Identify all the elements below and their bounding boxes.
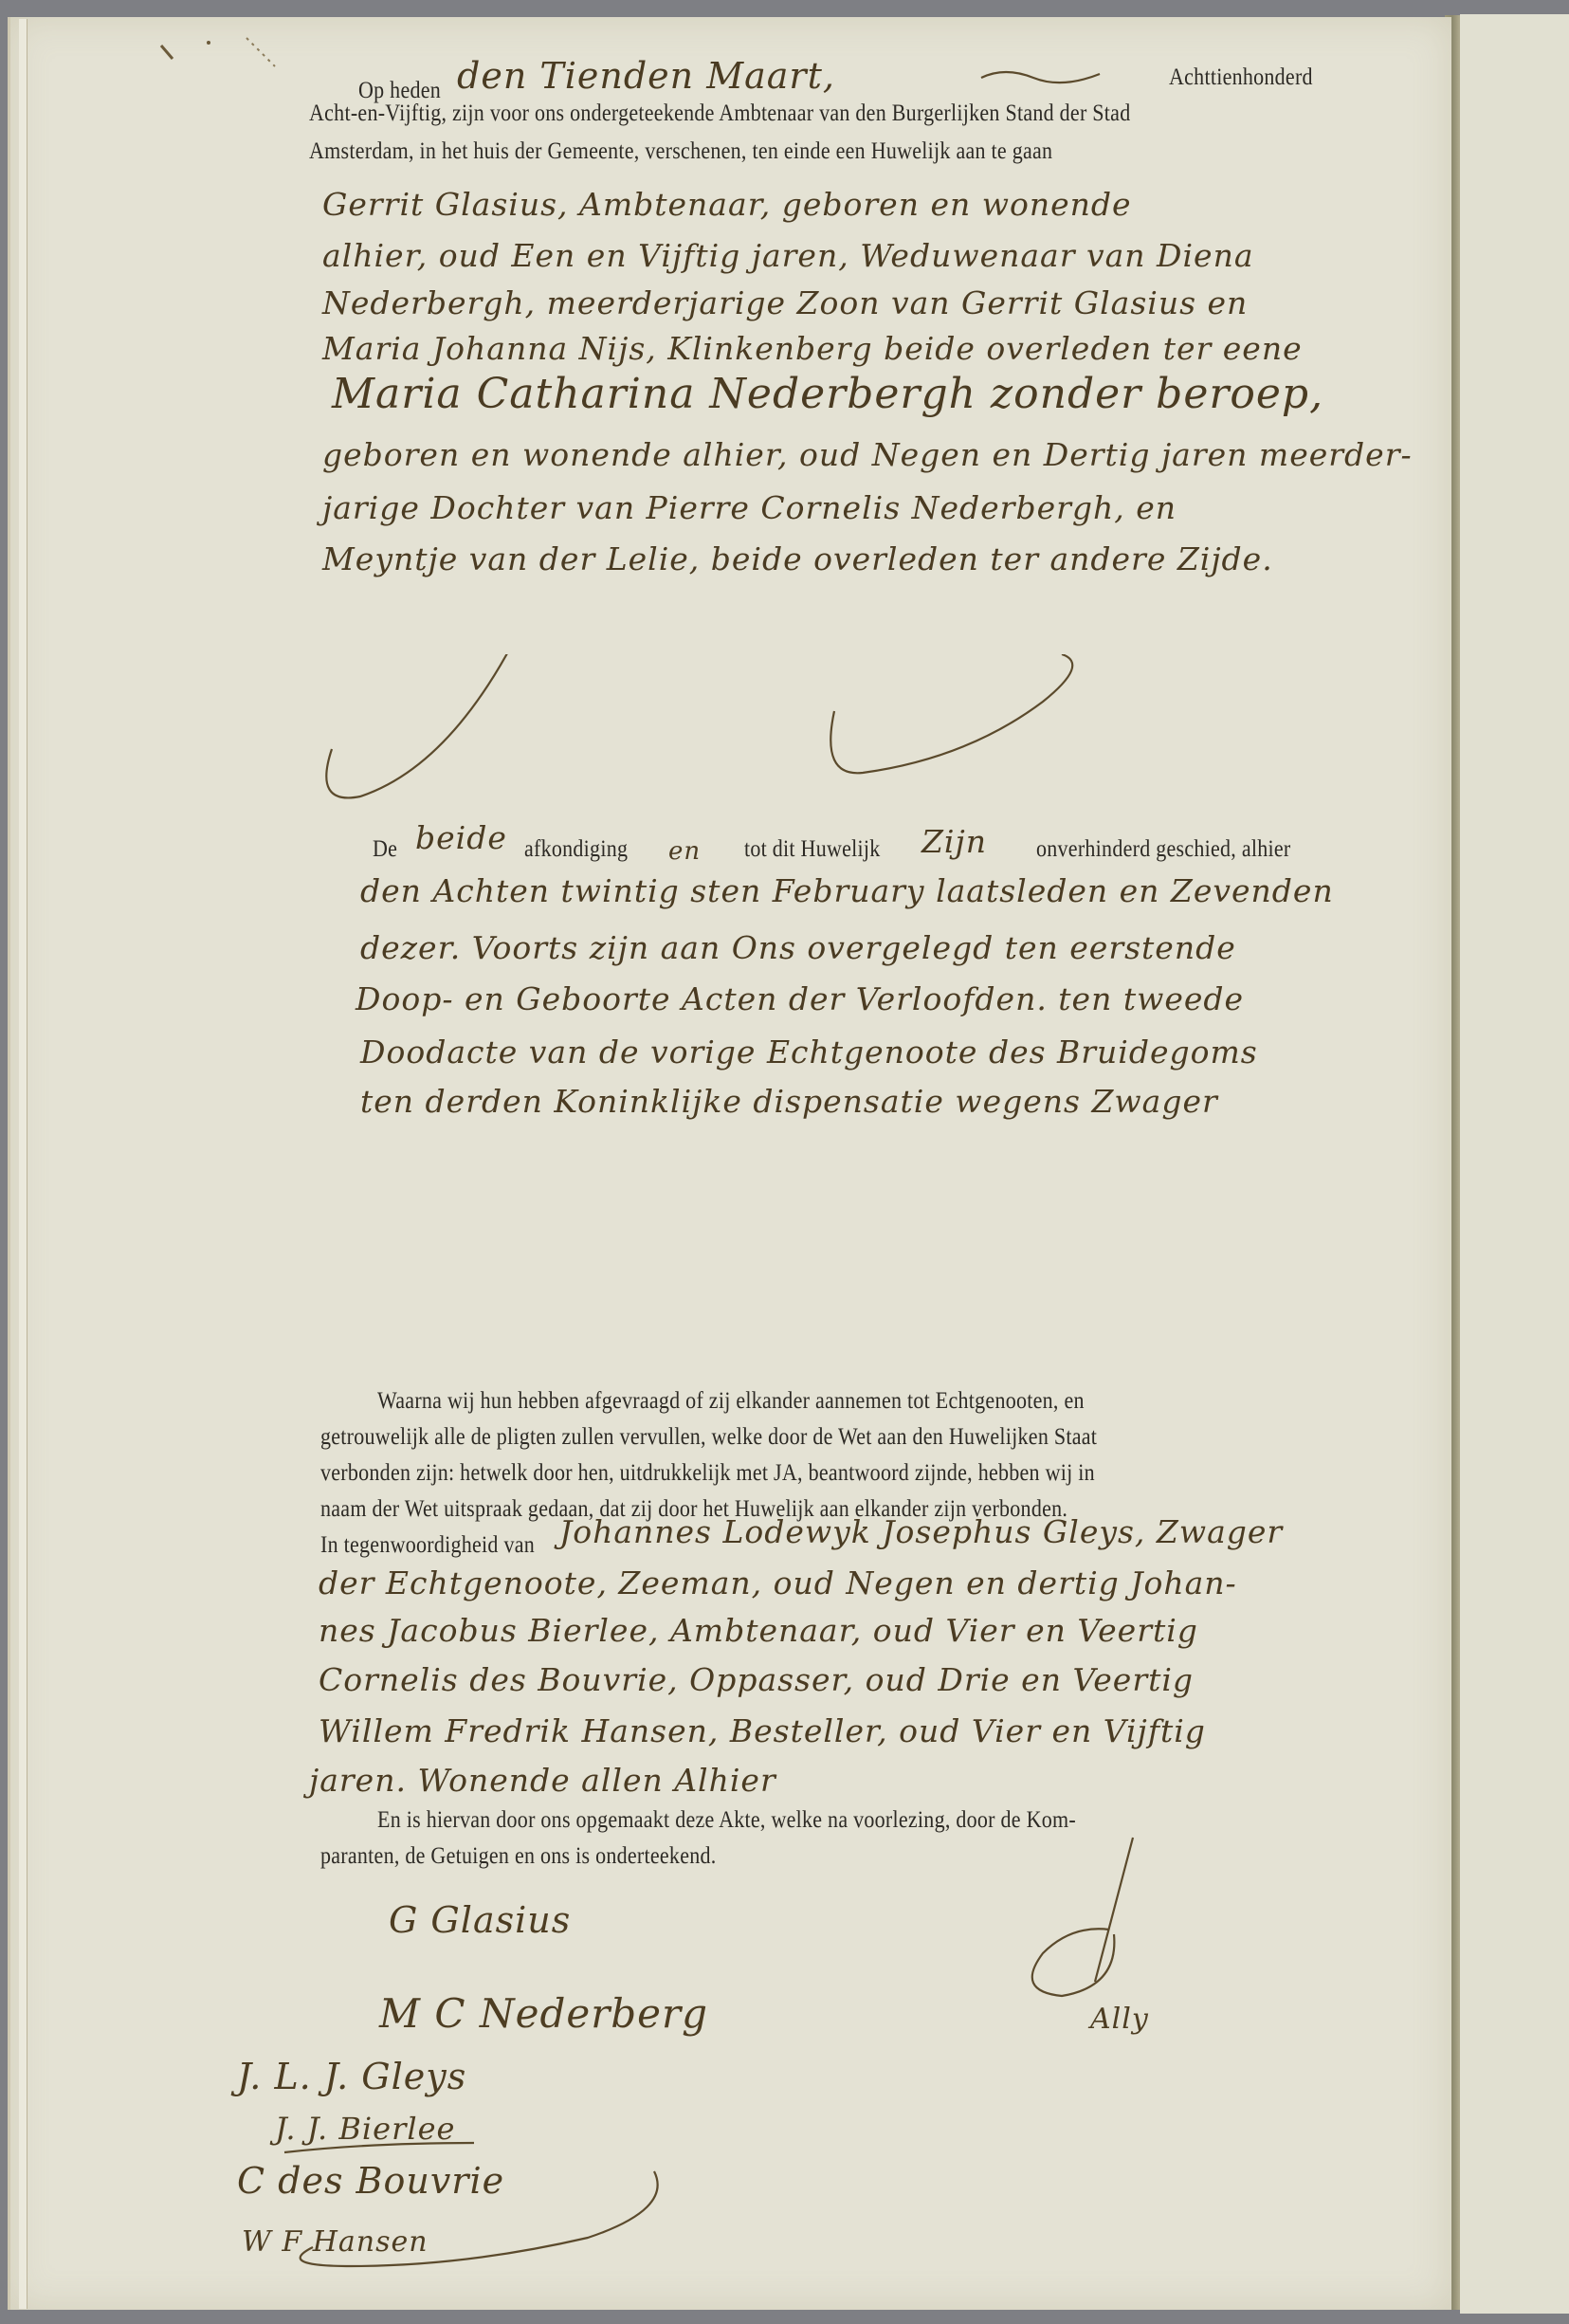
signature-witness-1: J. L. J. Gleys (237, 2058, 466, 2095)
printed-onverhinderd: onverhinderd geschied, alhier (1036, 834, 1291, 865)
proclamation-line-5: ten derden Koninklijke dispensatie wegen… (360, 1083, 1218, 1121)
bride-name: Maria Catharina Nederbergh zonder beroep… (332, 375, 1323, 413)
official-signature-flourish (1005, 1830, 1195, 2020)
handwritten-en: en (668, 833, 701, 870)
proclamation-line-3: Doop- en Geboorte Acten der Verloofden. … (356, 980, 1244, 1018)
printed-year-a: Achttienhonderd (1169, 63, 1313, 93)
printed-line-2: Acht-en-Vijftig, zijn voor ons ondergete… (309, 99, 1130, 129)
witness-line-0: Johannes Lodewyk Josephus Gleys, Zwager (559, 1513, 1283, 1551)
signature-bride: M C Nederberg (379, 1995, 708, 2033)
page-edge (19, 19, 27, 2309)
groom-line-2: alhier, oud Een en Vijftig jaren, Weduwe… (322, 237, 1254, 275)
witness-line-4: Willem Fredrik Hansen, Besteller, oud Vi… (319, 1712, 1206, 1750)
groom-line-4: Maria Johanna Nijs, Klinkenberg beide ov… (322, 330, 1303, 368)
adjacent-page (1460, 14, 1569, 2314)
proclamation-line-4: Doodacte van de vorige Echtgenoote des B… (360, 1034, 1258, 1071)
handwritten-zijn: Zijn (921, 823, 987, 861)
consent-line-2: getrouwelijk alle de pligten zullen verv… (320, 1422, 1097, 1453)
printed-witness-intro: In tegenwoordigheid van (320, 1530, 535, 1561)
bride-line-2: geboren en wonende alhier, oud Negen en … (322, 436, 1413, 474)
printed-afkondiging: afkondiging (524, 834, 628, 865)
handwritten-beide: beide (415, 819, 507, 857)
proclamation-line-1: den Achten twintig sten February laatsle… (360, 872, 1334, 910)
witness-line-2: nes Jacobus Bierlee, Ambtenaar, oud Vier… (319, 1612, 1198, 1650)
bride-line-4: Meyntje van der Lelie, beide overleden t… (322, 540, 1273, 578)
official-signature: Ally (1090, 2001, 1149, 2039)
section-flourish (303, 654, 1441, 815)
consent-line-1: Waarna wij hun hebben afgevraagd of zij … (377, 1386, 1085, 1417)
flourish-dash (976, 57, 1109, 95)
witness-line-3: Cornelis des Bouvrie, Oppasser, oud Drie… (319, 1661, 1194, 1699)
closing-line-1: En is hiervan door ons opgemaakt deze Ak… (377, 1805, 1076, 1836)
witness-line-5: jaren. Wonende allen Alhier (309, 1762, 776, 1800)
bride-line-3: jarige Dochter van Pierre Cornelis Neder… (322, 489, 1177, 527)
printed-de: De (373, 834, 397, 865)
signature-witness-3: C des Bouvrie (237, 2162, 504, 2200)
groom-line-3: Nederbergh, meerderjarige Zoon van Gerri… (322, 284, 1248, 322)
printed-line-3: Amsterdam, in het huis der Gemeente, ver… (309, 137, 1052, 167)
witness-line-1: der Echtgenoote, Zeeman, oud Negen en de… (319, 1565, 1237, 1602)
groom-line-1: Gerrit Glasius, Ambtenaar, geboren en wo… (322, 186, 1132, 224)
ink-spots (152, 28, 294, 76)
signature-witness-4: W F Hansen (242, 2223, 429, 2261)
consent-line-3: verbonden zijn: hetwelk door hen, uitdru… (320, 1458, 1095, 1489)
printed-tot-dit-huwelijk: tot dit Huwelijk (744, 834, 881, 865)
handwritten-date: den Tienden Maart, (457, 57, 835, 95)
closing-line-2: paranten, de Getuigen en ons is ondertee… (320, 1841, 717, 1872)
proclamation-line-2: dezer. Voorts zijn aan Ons overgelegd te… (360, 929, 1236, 967)
signature-groom: G Glasius (389, 1901, 571, 1939)
